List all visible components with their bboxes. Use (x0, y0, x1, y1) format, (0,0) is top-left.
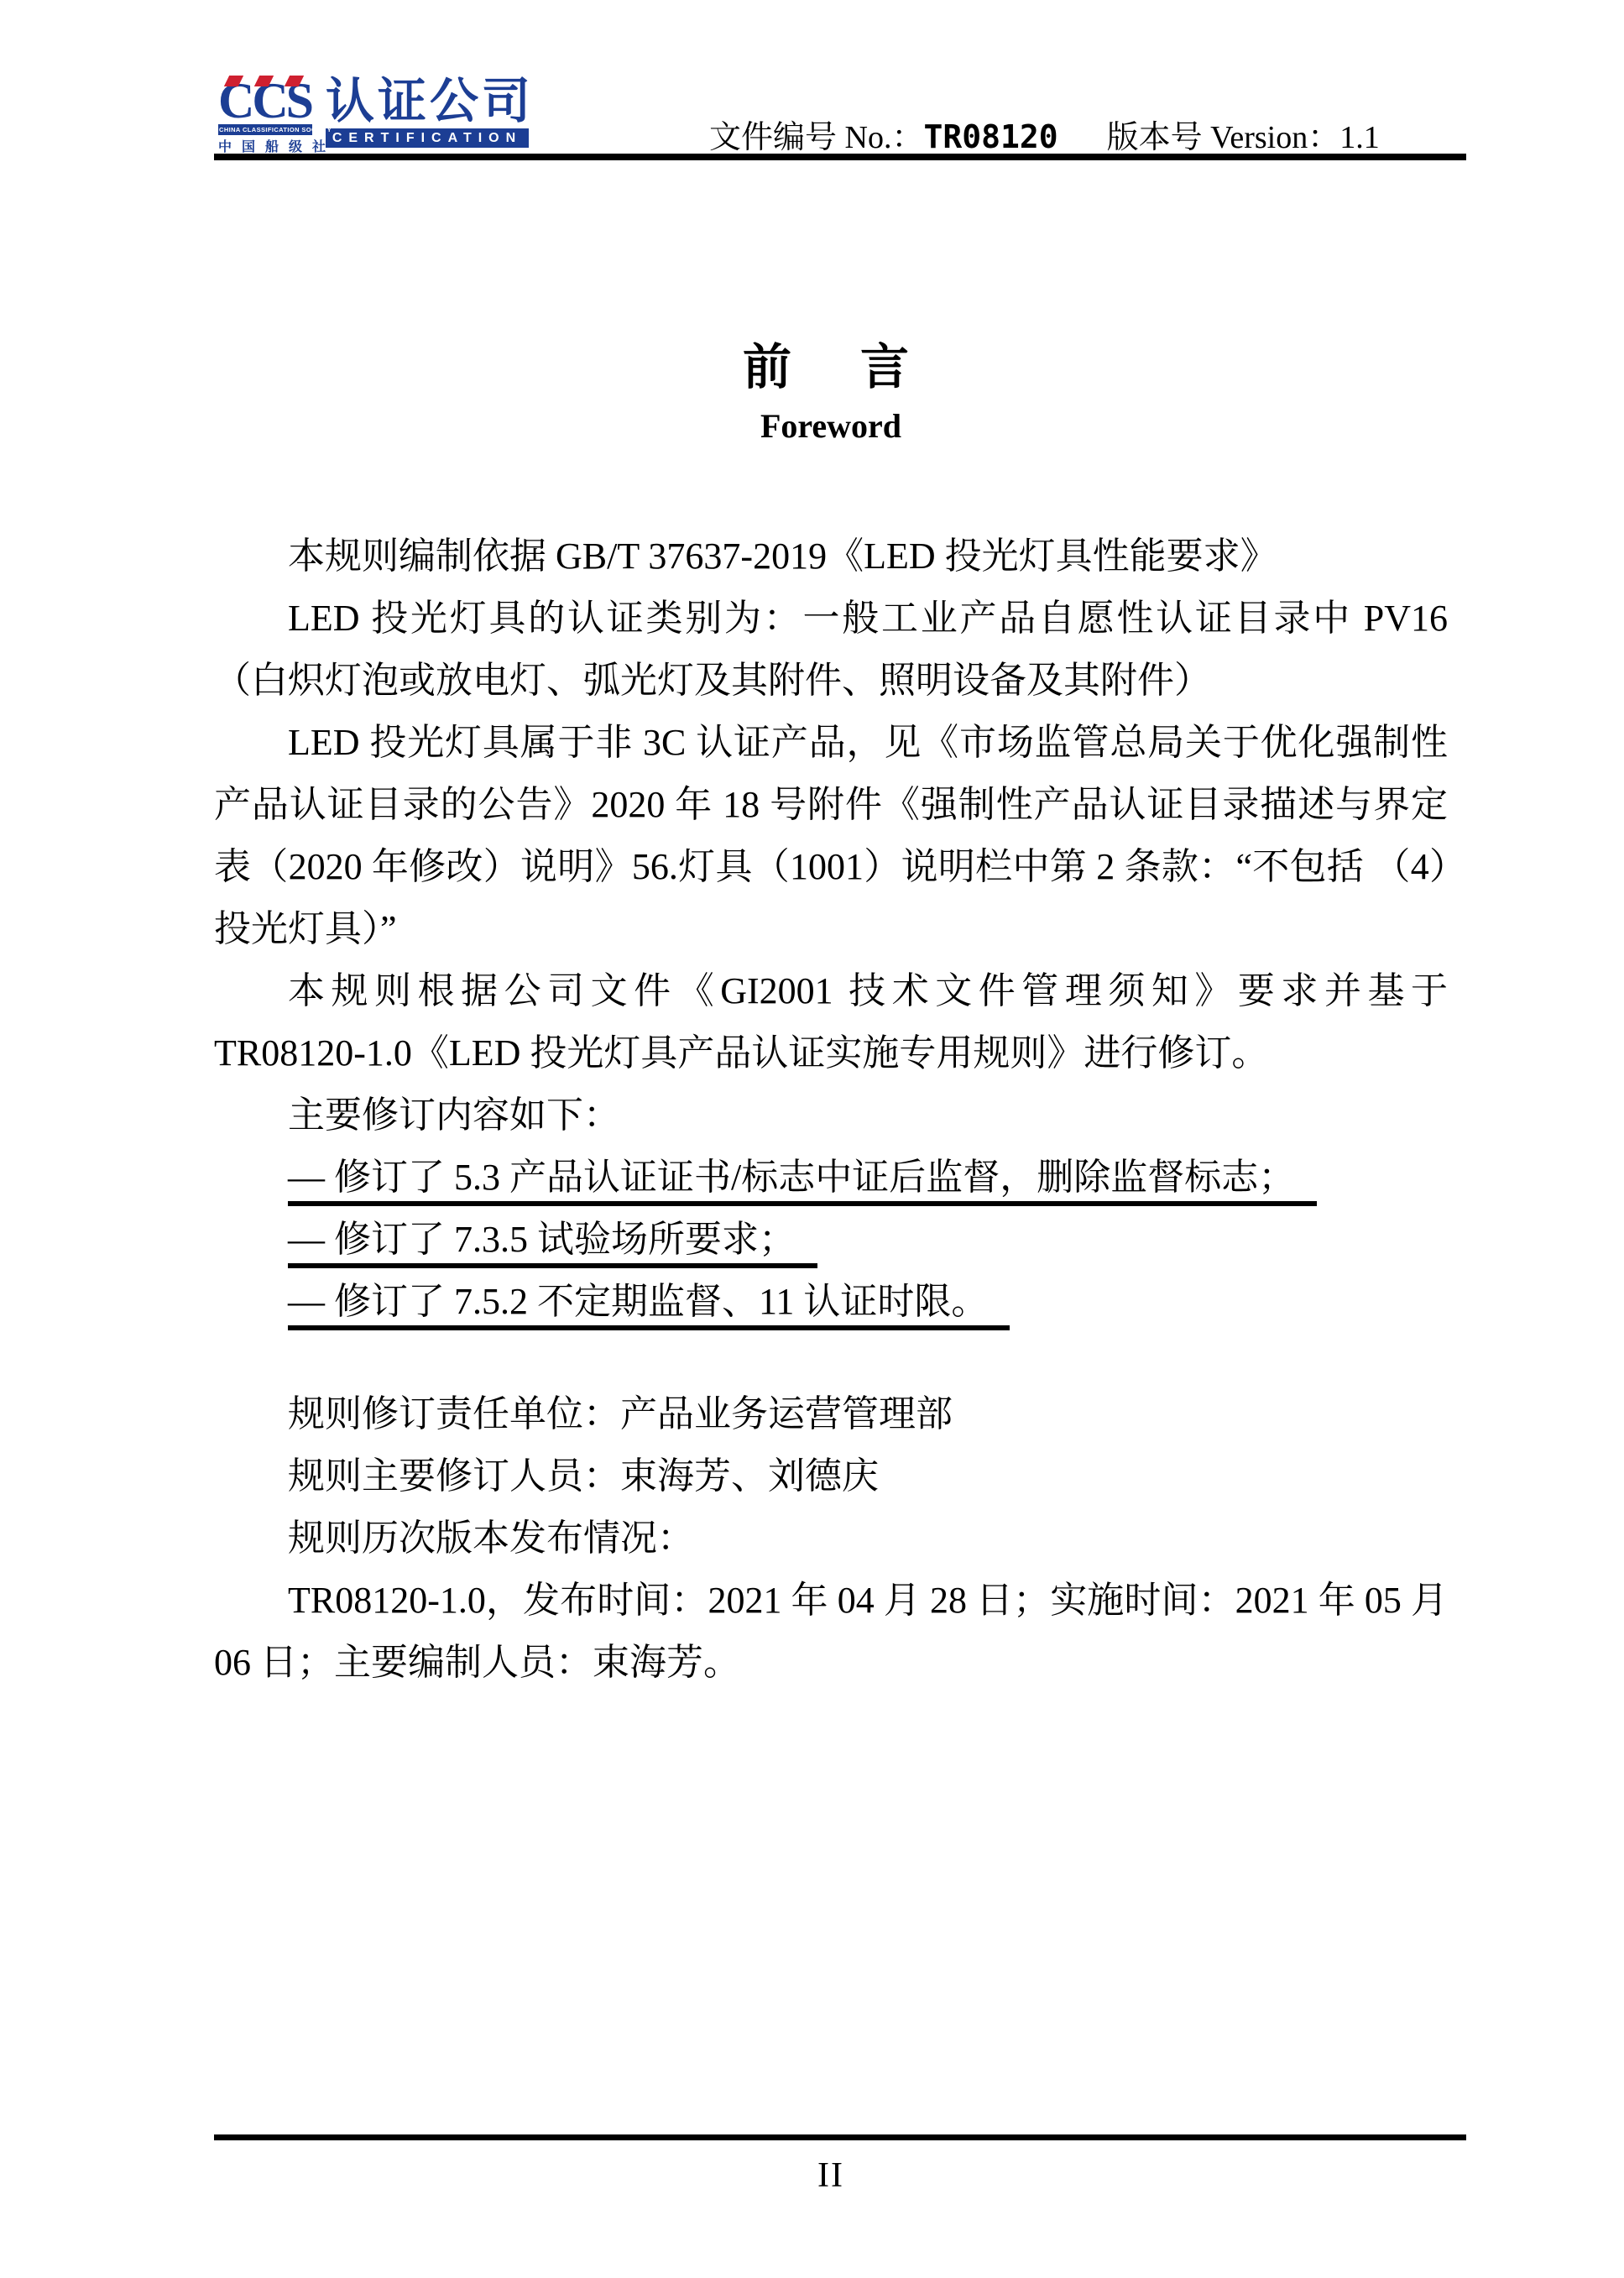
revision-item-text: — 修订了 7.5.2 不定期监督、11 认证时限。 (288, 1281, 1010, 1330)
info-line-responsible-unit: 规则修订责任单位：产品业务运营管理部 (214, 1383, 1448, 1445)
paragraph-revision-intro: 主要修订内容如下： (214, 1084, 1448, 1147)
revision-item-text: — 修订了 5.3 产品认证证书/标志中证后监督，删除监督标志； (288, 1157, 1317, 1206)
page-number: II (214, 2155, 1448, 2196)
paragraph-non-3c: LED 投光灯具属于非 3C 认证产品，见《市场监管总局关于优化强制性产品认证目… (214, 712, 1448, 960)
paragraph-revision-basis: 本规则根据公司文件《GI2001 技术文件管理须知》要求并基于 TR08120-… (214, 960, 1448, 1084)
version-value: 1.1 (1339, 120, 1380, 155)
company-name: 认证公司 (326, 79, 534, 124)
footer-divider (214, 2134, 1466, 2140)
society-name-cn: 中 国 船 级 社 (218, 136, 312, 155)
revision-item: — 修订了 5.3 产品认证证书/标志中证后监督，删除监督标志； (214, 1147, 1448, 1209)
document-page: CCS CHINA CLASSIFICATION SOCIETY 中 国 船 级… (0, 0, 1624, 2278)
page-title-cn: 前 言 (214, 327, 1448, 398)
paragraph-basis: 本规则编制依据 GB/T 37637-2019《LED 投光灯具性能要求》 (214, 525, 1448, 588)
page-title-en: Foreword (214, 406, 1448, 446)
document-body: 本规则编制依据 GB/T 37637-2019《LED 投光灯具性能要求》 LE… (214, 525, 1448, 1694)
info-line-revisers: 规则主要修订人员：束海芳、刘德庆 (214, 1445, 1448, 1507)
doc-no-value: TR08120 (923, 118, 1057, 155)
ccs-logo-left: CCS CHINA CLASSIFICATION SOCIETY 中 国 船 级… (218, 79, 312, 155)
paragraph-category: LED 投光灯具的认证类别为：一般工业产品自愿性认证目录中 PV16（白炽灯泡或… (214, 588, 1448, 712)
society-name-en: CHINA CLASSIFICATION SOCIETY (218, 124, 312, 135)
ccs-logo: CCS CHINA CLASSIFICATION SOCIETY 中 国 船 级… (218, 79, 534, 155)
version-label: 版本号 Version： (1107, 120, 1340, 155)
ccs-logo-right: 认证公司 CERTIFICATION (326, 79, 534, 148)
revision-item: — 修订了 7.5.2 不定期监督、11 认证时限。 (214, 1271, 1448, 1333)
info-line-history-label: 规则历次版本发布情况： (214, 1507, 1448, 1570)
revision-item: — 修订了 7.3.5 试验场所要求； (214, 1209, 1448, 1271)
certification-bar: CERTIFICATION (326, 128, 529, 148)
document-info: 文件编号 No.：TR08120版本号 Version：1.1 (709, 111, 1380, 157)
history-paragraph: TR08120-1.0，发布时间：2021 年 04 月 28 日；实施时间：2… (214, 1570, 1448, 1694)
doc-no-label: 文件编号 No.： (709, 120, 923, 155)
spacer (214, 1333, 1448, 1383)
revision-item-text: — 修订了 7.3.5 试验场所要求； (288, 1219, 817, 1268)
header-divider (214, 154, 1466, 160)
